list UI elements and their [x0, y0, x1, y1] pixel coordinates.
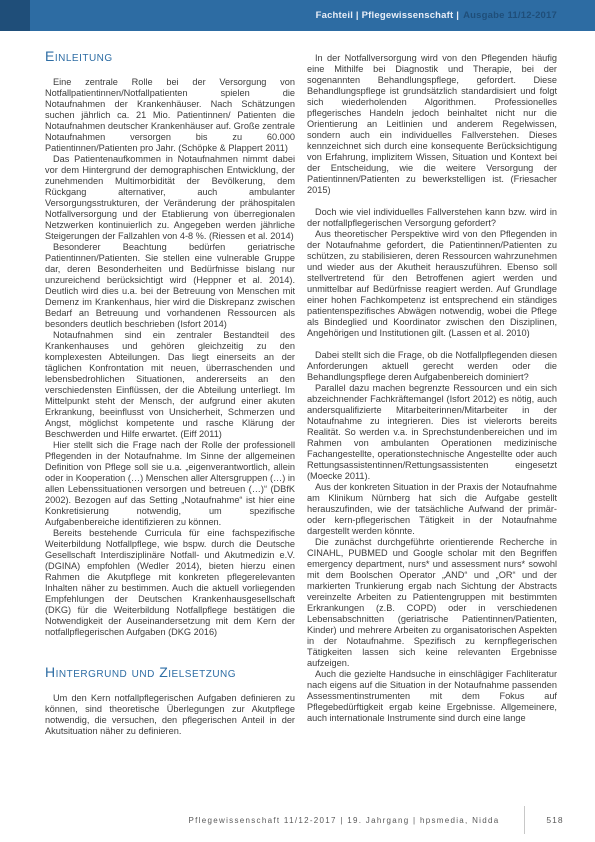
page-number: 518	[541, 815, 569, 825]
paragraph: Die zunächst durchgeführte orientierende…	[307, 537, 557, 669]
header-strip: Fachteil | Pflegewissenschaft |Ausgabe 1…	[30, 0, 595, 31]
header-bar: Fachteil | Pflegewissenschaft |Ausgabe 1…	[0, 0, 595, 31]
heading-hintergrund-zielsetzung: Hintergrund und Zielsetzung	[45, 664, 295, 680]
paragraph: Eine zentrale Rolle bei der Versorgung v…	[45, 77, 295, 154]
paragraph: Dabei stellt sich die Frage, ob die Notf…	[307, 350, 557, 383]
paragraph: Das Patientenaufkommen in Notaufnahmen n…	[45, 154, 295, 242]
journal-page: Fachteil | Pflegewissenschaft |Ausgabe 1…	[0, 0, 595, 842]
paragraph: Parallel dazu machen begrenzte Ressource…	[307, 383, 557, 482]
article-body: Einleitung Eine zentrale Rolle bei der V…	[45, 48, 557, 796]
header-section-label: Fachteil | Pflegewissenschaft |	[316, 10, 460, 21]
left-column: Einleitung Eine zentrale Rolle bei der V…	[45, 48, 295, 796]
header-corner-block	[0, 0, 30, 31]
header-text: Fachteil | Pflegewissenschaft |Ausgabe 1…	[316, 10, 557, 21]
paragraph: Besonderer Beachtung bedürfen geriatrisc…	[45, 242, 295, 330]
paragraph: Notaufnahmen sind ein zentraler Bestandt…	[45, 330, 295, 440]
footer-divider	[524, 806, 526, 834]
paragraph: Auch die gezielte Handsuche in einschläg…	[307, 669, 557, 724]
right-column: In der Notfallversorgung wird von den Pf…	[307, 48, 557, 796]
paragraph: Aus der konkreten Situation in der Praxi…	[307, 482, 557, 537]
paragraph: Hier stellt sich die Frage nach der Roll…	[45, 440, 295, 528]
paragraph: Aus theoretischer Perspektive wird von d…	[307, 229, 557, 339]
paragraph: Doch wie viel individuelles Fallverstehe…	[307, 207, 557, 229]
paragraph: Bereits bestehende Curricula für eine fa…	[45, 528, 295, 638]
paragraph: In der Notfallversorgung wird von den Pf…	[307, 53, 557, 196]
header-issue-label: Ausgabe 11/12-2017	[463, 10, 557, 21]
heading-einleitung: Einleitung	[45, 48, 295, 64]
footer-journal-info: Pflegewissenschaft 11/12-2017 | 19. Jahr…	[189, 816, 500, 825]
paragraph: Um den Kern notfallpflegerischen Aufgabe…	[45, 693, 295, 737]
page-footer: Pflegewissenschaft 11/12-2017 | 19. Jahr…	[0, 804, 595, 836]
